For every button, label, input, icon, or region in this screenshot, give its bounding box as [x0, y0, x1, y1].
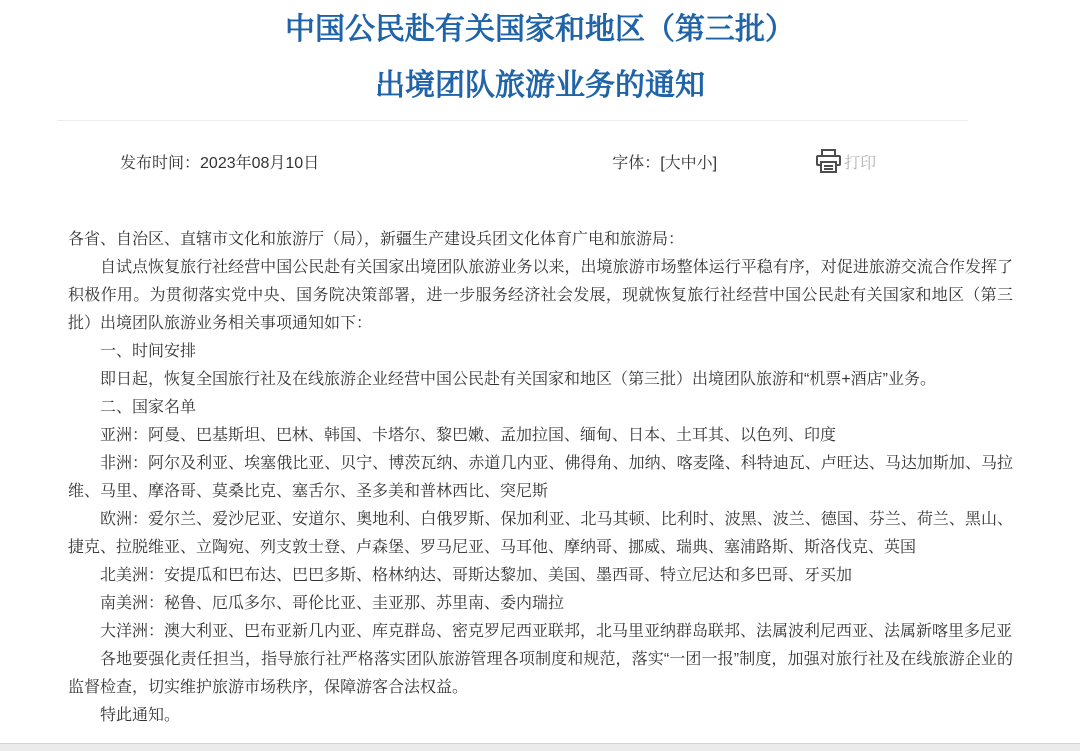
body-paragraph: 二、国家名单 — [68, 394, 1013, 422]
print-button[interactable]: 打印 — [815, 148, 876, 174]
page-title-line2: 出境团队旅游业务的通知 — [0, 58, 1080, 114]
body-paragraph: 亚洲：阿曼、巴基斯坦、巴林、韩国、卡塔尔、黎巴嫩、孟加拉国、缅甸、日本、土耳其、… — [68, 422, 1013, 450]
document-body: 各省、自治区、直辖市文化和旅游厅（局），新疆生产建设兵团文化体育广电和旅游局：自… — [68, 226, 1013, 730]
body-paragraph: 一、时间安排 — [68, 338, 1013, 366]
body-paragraph: 自试点恢复旅行社经营中国公民赴有关国家出境团队旅游业务以来，出境旅游市场整体运行… — [68, 254, 1013, 338]
body-paragraph: 非洲：阿尔及利亚、埃塞俄比亚、贝宁、博茨瓦纳、赤道几内亚、佛得角、加纳、喀麦隆、… — [68, 450, 1013, 506]
printer-icon — [815, 148, 842, 174]
publish-time-label: 发布时间： — [120, 155, 200, 172]
body-paragraph: 特此通知。 — [68, 702, 1013, 730]
publish-date: 2023年08月10日 — [200, 155, 319, 172]
meta-row: 发布时间：2023年08月10日 字体：[大中小] 打印 — [0, 143, 1080, 179]
publish-time: 发布时间：2023年08月10日 — [120, 150, 319, 173]
body-paragraph: 即日起，恢复全国旅行社及在线旅游企业经营中国公民赴有关国家和地区（第三批）出境团… — [68, 366, 1013, 394]
title-divider — [57, 120, 968, 121]
font-size-label: 字体： — [612, 155, 660, 172]
body-paragraph: 各地要强化责任担当，指导旅行社严格落实团队旅游管理各项制度和规范，落实“一团一报… — [68, 646, 1013, 702]
body-paragraph: 各省、自治区、直辖市文化和旅游厅（局），新疆生产建设兵团文化体育广电和旅游局： — [68, 226, 1013, 254]
body-paragraph: 南美洲：秘鲁、厄瓜多尔、哥伦比亚、圭亚那、苏里南、委内瑞拉 — [68, 590, 1013, 618]
body-paragraph: 北美洲：安提瓜和巴布达、巴巴多斯、格林纳达、哥斯达黎加、美国、墨西哥、特立尼达和… — [68, 562, 1013, 590]
font-size-options[interactable]: [大中小] — [660, 155, 717, 172]
print-button-label: 打印 — [844, 150, 876, 173]
body-paragraph: 大洋洲：澳大利亚、巴布亚新几内亚、库克群岛、密克罗尼西亚联邦，北马里亚纳群岛联邦… — [68, 618, 1013, 646]
page-title-line1: 中国公民赴有关国家和地区（第三批） — [0, 2, 1080, 58]
body-paragraph: 欧洲：爱尔兰、爱沙尼亚、安道尔、奥地利、白俄罗斯、保加利亚、北马其顿、比利时、波… — [68, 506, 1013, 562]
page-bottom-edge — [0, 743, 1080, 751]
notice-page: 中国公民赴有关国家和地区（第三批） 出境团队旅游业务的通知 发布时间：2023年… — [0, 0, 1080, 751]
font-size-control[interactable]: 字体：[大中小] — [612, 150, 717, 173]
page-title: 中国公民赴有关国家和地区（第三批） 出境团队旅游业务的通知 — [0, 0, 1080, 114]
